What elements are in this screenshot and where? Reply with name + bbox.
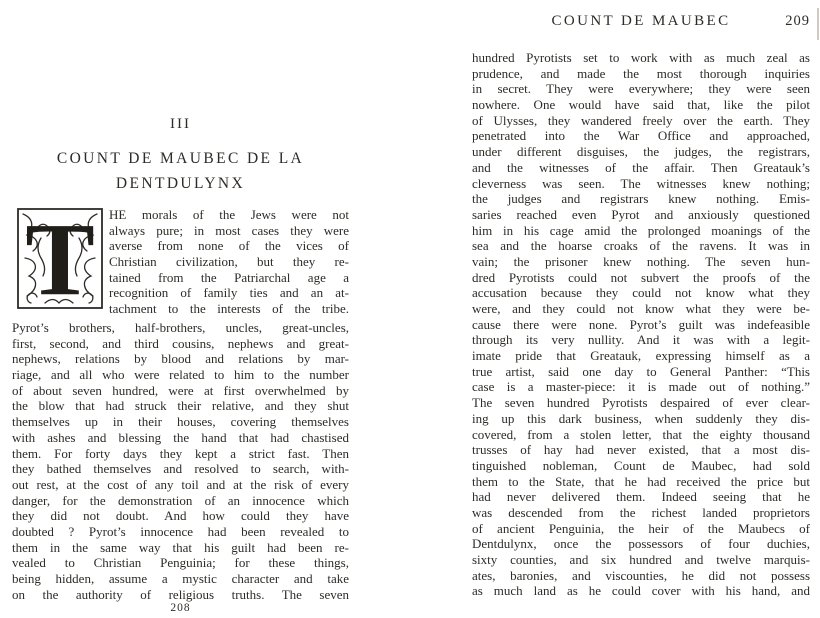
text-line: doubted ? Pyrot’s innocence had been rev… — [12, 524, 349, 540]
text-line: danger, for the demonstration of an inno… — [12, 493, 349, 509]
book-spread: III COUNT DE MAUBEC DE LADENTDULYNX — [0, 0, 820, 618]
right-page-body: hundred Pyrotists set to work with as mu… — [472, 50, 810, 599]
text-line: tinguished nobleman, Count de Maubec, ha… — [472, 458, 810, 474]
running-header: COUNT DE MAUBEC 209 — [472, 13, 810, 33]
chapter-number: III — [12, 116, 349, 133]
ornamental-dropcap: T — [17, 208, 103, 309]
left-page: III COUNT DE MAUBEC DE LADENTDULYNX — [12, 0, 349, 618]
text-line: through its very nullity. And it was wit… — [472, 332, 810, 348]
text-line: always pure; in most cases they were — [109, 223, 349, 239]
text-line: averse from none of the vices of — [109, 238, 349, 254]
text-line: of Ulysses, they wandered freely over th… — [472, 113, 810, 129]
dropcap-paragraph-start: T HE morals of the Jews were notalways p… — [12, 207, 349, 317]
text-line: ing up this dark business, when suddenly… — [472, 411, 810, 427]
text-line: Pyrot’s brothers, half-brothers, uncles,… — [12, 320, 349, 336]
text-line: hundred Pyrotists set to work with as mu… — [472, 50, 810, 66]
text-line: cause there were none. Pyrot’s guilt was… — [472, 317, 810, 333]
text-line: being hidden, assume a mystic character … — [12, 571, 349, 587]
text-line: nowhere. One would have said that, like … — [472, 97, 810, 113]
text-line: trusses of hay had never existed, that a… — [472, 442, 810, 458]
text-line: Christian civilization, but they re- — [109, 254, 349, 270]
text-line: vain; the prisoner knew nothing. The sev… — [472, 254, 810, 270]
text-line: recognition of family ties and an at- — [109, 285, 349, 301]
text-line: of about seven hundred, were at first ov… — [12, 383, 349, 399]
text-line: they bathed themselves and resolved to s… — [12, 461, 349, 477]
text-line: true artist, said one day to General Pan… — [472, 364, 810, 380]
text-line: first, second, and third cousins, nephew… — [12, 336, 349, 352]
chapter-title-line1: COUNT DE MAUBEC DE LA — [57, 150, 304, 167]
text-line: of ancient Penguinia, the heir of the Ma… — [472, 521, 810, 537]
text-line: dred Pyrotists could not subvert the pro… — [472, 270, 810, 286]
text-line: out rest, at the cost of any toil and at… — [12, 477, 349, 493]
right-page: COUNT DE MAUBEC 209 hundred Pyrotists se… — [472, 0, 810, 618]
dropcap-indented-lines: HE morals of the Jews were notalways pur… — [109, 207, 349, 317]
text-line: as much land as he could cover with his … — [472, 583, 810, 599]
text-line: the blow that had struck their relative,… — [12, 398, 349, 414]
scan-edge-artifact — [817, 8, 819, 40]
text-line: penetrated into the War Office and appro… — [472, 128, 810, 144]
text-line: the judges and registrars knew nothing. … — [472, 191, 810, 207]
text-line: vealed to Christian Penguinia; for these… — [12, 555, 349, 571]
right-page-number: 209 — [785, 13, 810, 30]
text-line: cleverness was seen. The witnesses knew … — [472, 176, 810, 192]
text-line: him in his cage amid the prolonged moani… — [472, 223, 810, 239]
text-line: them to the State, that he had received … — [472, 474, 810, 490]
running-header-title: COUNT DE MAUBEC — [472, 13, 810, 30]
text-line: accusation because they could not know w… — [472, 285, 810, 301]
text-line: The seven hundred Pyrotists despaired of… — [472, 395, 810, 411]
text-line: sea and the hoarse croaks of the ravens.… — [472, 238, 810, 254]
text-line: case is a master-piece: it is made out o… — [472, 379, 810, 395]
text-line: saries reached even Pyrot and anxiously … — [472, 207, 810, 223]
text-line: ates, baronies, and viscounties, he did … — [472, 568, 810, 584]
text-line: HE morals of the Jews were not — [109, 207, 349, 223]
dropcap-ornament-icon: T — [17, 208, 103, 309]
text-line: had never delivered them. Indeed seeing … — [472, 489, 810, 505]
left-page-number: 208 — [12, 602, 349, 614]
text-line: tained from the Patriarchal age a — [109, 270, 349, 286]
left-page-body: T HE morals of the Jews were notalways p… — [12, 207, 349, 602]
text-line: in secret. They were everywhere; they we… — [472, 81, 810, 97]
text-line: imate pride that Greatauk, expressing hi… — [472, 348, 810, 364]
text-line: them. For forty days they kept a strict … — [12, 446, 349, 462]
text-line: were, and they could not know what they … — [472, 301, 810, 317]
text-line: under different disguises, the judges, t… — [472, 144, 810, 160]
dropcap-letter: T — [25, 208, 94, 309]
chapter-title: COUNT DE MAUBEC DE LADENTDULYNX — [12, 146, 349, 196]
text-line: themselves up in their houses, covering … — [12, 414, 349, 430]
text-line: they did not doubt. And how could they h… — [12, 508, 349, 524]
text-line: tachment to the interests of the tribe. — [109, 301, 349, 317]
text-line: prudence, and made the most thorough inq… — [472, 66, 810, 82]
text-line: covered, from a stolen letter, that the … — [472, 427, 810, 443]
text-line: on the authority of religious truths. Th… — [12, 587, 349, 603]
text-line: with ashes and blessing the hand that ha… — [12, 430, 349, 446]
chapter-title-line2: DENTDULYNX — [116, 175, 245, 192]
text-line: sixty counties, and six hundred and twel… — [472, 552, 810, 568]
text-line: Dentdulynx, once the possessors of four … — [472, 536, 810, 552]
text-line: and the witnesses of the affair. Then Gr… — [472, 160, 810, 176]
text-line: nephews, relations by blood and relation… — [12, 351, 349, 367]
text-line: riage, and all who were related to him t… — [12, 367, 349, 383]
text-line: them in the same way that his guilt had … — [12, 540, 349, 556]
text-line: was descended from the richest landed pr… — [472, 505, 810, 521]
left-page-paragraph-lines: Pyrot’s brothers, half-brothers, uncles,… — [12, 320, 349, 602]
